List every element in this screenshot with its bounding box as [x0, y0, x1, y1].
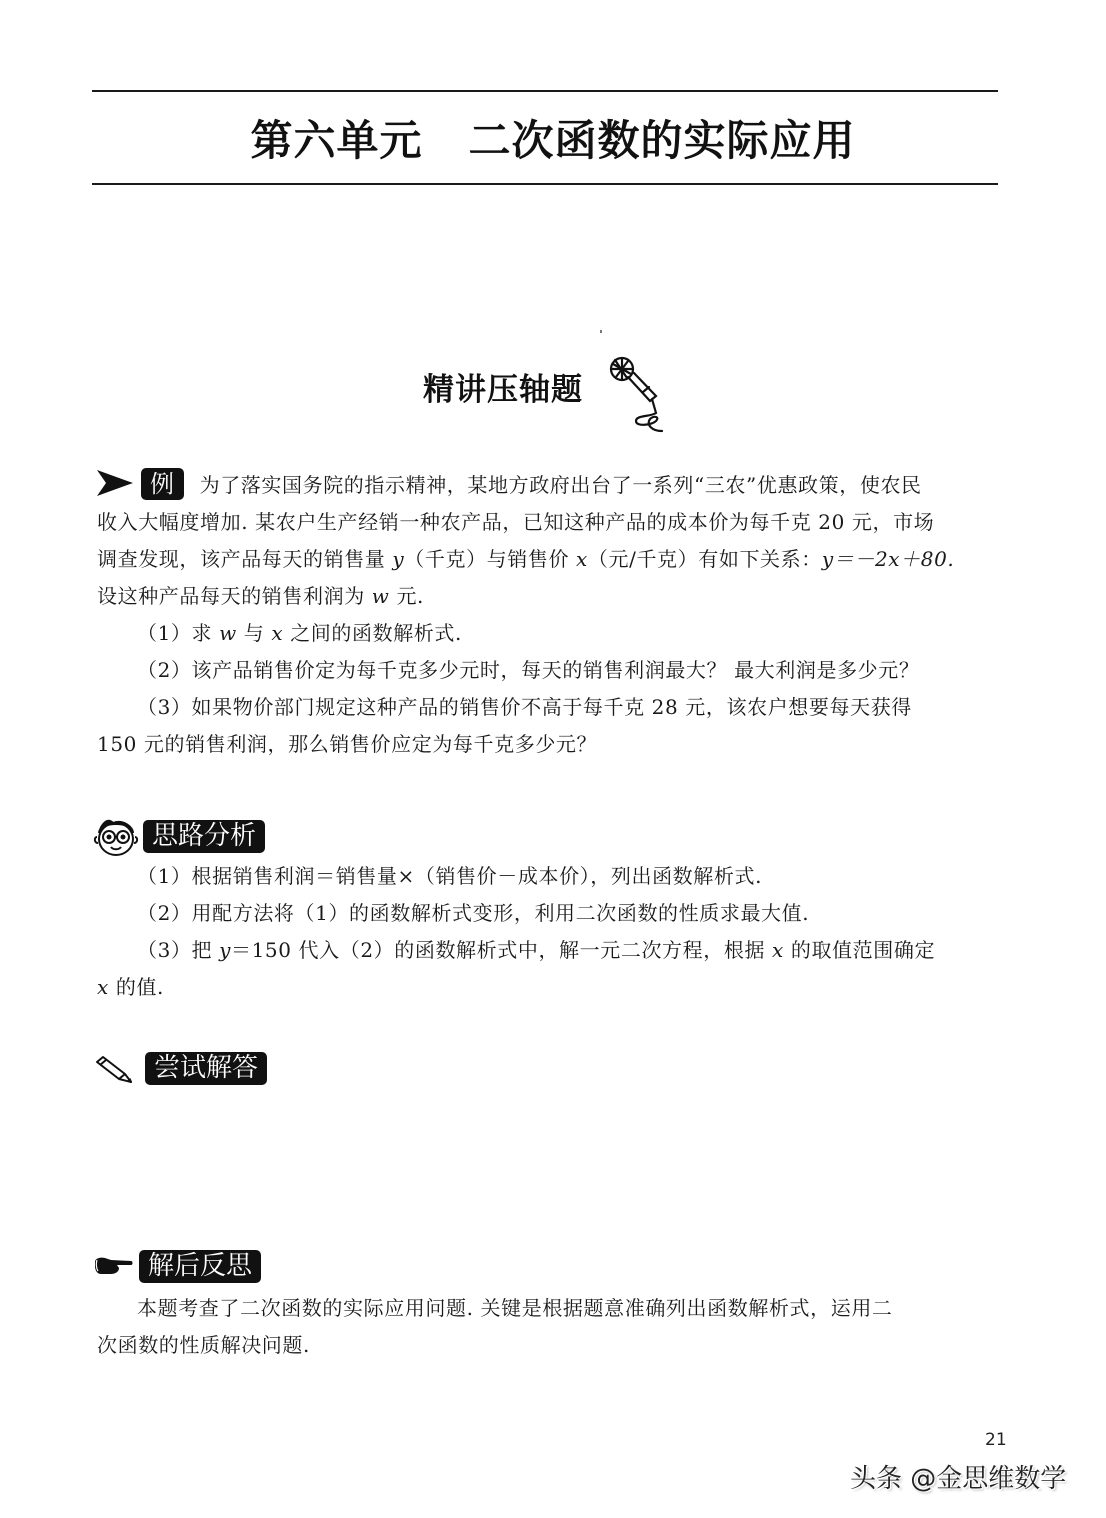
microphone-icon	[606, 355, 676, 435]
text: （元/千克）有如下关系：	[588, 547, 822, 571]
example-badge: 例	[141, 468, 184, 500]
var-w: w	[219, 621, 237, 645]
bottom-divider	[92, 183, 998, 185]
scan-speck	[600, 330, 602, 333]
text: 元.	[390, 584, 425, 608]
text: 之间的函数解析式.	[283, 621, 462, 645]
example-problem: 例为了落实国务院的指示精神，某地方政府出台了一系列“三农”优惠政策，使农民 收入…	[97, 467, 1001, 763]
attempt-heading: 尝试解答	[93, 1052, 267, 1085]
example-line-4: 设这种产品每天的销售利润为 w 元.	[97, 578, 1001, 615]
pointing-hand-icon	[93, 1254, 133, 1280]
text: 的值.	[109, 975, 164, 999]
page-number: 21	[985, 1430, 1007, 1450]
var-y: y	[392, 547, 404, 571]
reflection-heading: 解后反思	[93, 1250, 261, 1283]
text: （3）把	[137, 938, 219, 962]
analysis-item-3-cont: x 的值.	[97, 969, 1001, 1006]
var-x: x	[772, 938, 784, 962]
unit-title-text: 二次函数的实际应用	[469, 116, 856, 165]
question-2: （2）该产品销售价定为每千克多少元时，每天的销售利润最大？ 最大利润是多少元？	[97, 652, 1001, 689]
watermark: 头条 @金思维数学	[850, 1458, 1066, 1495]
reflection-badge: 解后反思	[139, 1250, 261, 1283]
text: 的取值范围确定	[784, 938, 935, 962]
section-title: 精讲压轴题	[423, 364, 583, 409]
top-divider	[92, 90, 998, 92]
analysis-content: （1）根据销售利润＝销售量×（销售价－成本价），列出函数解析式. （2）用配方法…	[97, 858, 1001, 1006]
var-x: x	[97, 975, 109, 999]
example-line-1: 例为了落实国务院的指示精神，某地方政府出台了一系列“三农”优惠政策，使农民	[97, 467, 1001, 504]
arrow-right-icon	[97, 470, 133, 496]
text: ＝150 代入（2）的函数解析式中，解一元二次方程，根据	[231, 938, 772, 962]
attempt-badge: 尝试解答	[145, 1052, 267, 1085]
analysis-item-2: （2）用配方法将（1）的函数解析式变形，利用二次函数的性质求最大值.	[97, 895, 1001, 932]
analysis-item-3: （3）把 y＝150 代入（2）的函数解析式中，解一元二次方程，根据 x 的取值…	[97, 932, 1001, 969]
question-3-cont: 150 元的销售利润，那么销售价应定为每千克多少元？	[97, 726, 1001, 763]
reflection-content: 本题考查了二次函数的实际应用问题. 关键是根据题意准确列出函数解析式，运用二 次…	[97, 1290, 1001, 1364]
cartoon-face-icon	[93, 815, 139, 857]
var-y: y	[219, 938, 231, 962]
pencil-icon	[93, 1054, 133, 1084]
question-1: （1）求 w 与 x 之间的函数解析式.	[97, 615, 1001, 652]
var-x: x	[271, 621, 283, 645]
unit-number-label: 第六单元	[250, 116, 422, 165]
analysis-badge: 思路分析	[143, 820, 265, 853]
var-w: w	[372, 584, 390, 608]
text: （千克）与销售价	[404, 547, 576, 571]
text: 与	[237, 621, 272, 645]
unit-title: 第六单元二次函数的实际应用	[0, 108, 1106, 168]
example-line-2: 收入大幅度增加. 某农户生产经销一种农产品，已知这种产品的成本价为每千克 20 …	[97, 504, 1001, 541]
text: 设这种产品每天的销售利润为	[97, 584, 372, 608]
var-x: x	[576, 547, 588, 571]
text: （1）求	[137, 621, 219, 645]
formula: y＝－2x＋80.	[822, 547, 955, 571]
question-3: （3）如果物价部门规定这种产品的销售价不高于每千克 28 元，该农户想要每天获得	[97, 689, 1001, 726]
example-line-3: 调查发现，该产品每天的销售量 y（千克）与销售价 x（元/千克）有如下关系：y＝…	[97, 541, 1001, 578]
analysis-item-1: （1）根据销售利润＝销售量×（销售价－成本价），列出函数解析式.	[97, 858, 1001, 895]
reflection-line-2: 次函数的性质解决问题.	[97, 1327, 1001, 1364]
analysis-heading: 思路分析	[93, 815, 265, 857]
reflection-line-1: 本题考查了二次函数的实际应用问题. 关键是根据题意准确列出函数解析式，运用二	[97, 1290, 1001, 1327]
text: 调查发现，该产品每天的销售量	[97, 547, 392, 571]
example-text: 为了落实国务院的指示精神，某地方政府出台了一系列“三农”优惠政策，使农民	[200, 473, 922, 497]
